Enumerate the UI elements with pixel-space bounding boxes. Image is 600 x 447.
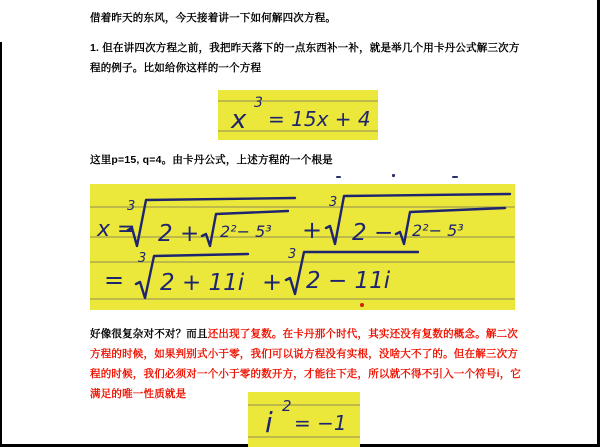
eq3-rest: = −1 <box>294 411 347 435</box>
paragraph-intro: 借着昨天的东风，今天接着讲一下如何解四次方程。 <box>90 8 523 28</box>
handwritten-equation-imaginary: i 2 = −1 <box>248 392 360 447</box>
paragraph-example-text: 1. 但在讲四次方程之前，我把昨天落下的一点东西补一补，就是举几个用卡丹公式解三… <box>90 42 520 74</box>
eq2-l1-b: 2 − <box>352 220 393 246</box>
eq2-l1-a: 2 + <box>158 221 199 247</box>
eq2-l1-inner2: 2²− 5³ <box>412 221 464 240</box>
eq2-l1-index2: 3 <box>329 195 337 210</box>
paragraph-intro-text: 借着昨天的东风，今天接着讲一下如何解四次方程。 <box>90 12 336 24</box>
paragraph-complex-black: 好像很复杂对不对？而且 <box>90 328 208 340</box>
eq3-base: i <box>265 406 273 439</box>
ink-speck <box>392 174 395 177</box>
red-dot-mark <box>360 303 364 307</box>
equation-cubic-svg: x 3 = 15x + 4 <box>218 90 378 140</box>
eq1-rest: = 15x + 4 <box>268 107 371 131</box>
eq2-l2-plus: + <box>262 268 282 296</box>
equation-cardano-svg: x = 3 2 + 2²− 5³ + 3 2 − 2²− 5³ = 3 2 + … <box>90 184 515 310</box>
handwritten-equation-cardano-root: x = 3 2 + 2²− 5³ + 3 2 − 2²− 5³ = 3 2 + … <box>90 184 515 310</box>
paragraph-example: 1. 但在讲四次方程之前，我把昨天落下的一点东西补一补，就是举几个用卡丹公式解三… <box>90 38 523 78</box>
equation-imaginary-svg: i 2 = −1 <box>248 392 360 447</box>
handwritten-equation-cubic: x 3 = 15x + 4 <box>218 90 378 140</box>
eq2-l2-lhs: = <box>104 266 124 294</box>
paragraph-cardano: 这里p=15, q=4。由卡丹公式，上述方程的一个根是 <box>90 150 523 170</box>
eq2-l2-b: 2 − 11i <box>306 268 391 294</box>
ink-speck <box>452 176 458 178</box>
eq2-l1-inner1: 2²− 5³ <box>220 222 272 241</box>
eq3-exponent: 2 <box>282 397 292 415</box>
eq1-base: x <box>230 105 247 135</box>
eq2-l1-index1: 3 <box>127 199 135 214</box>
paragraph-cardano-text: 这里p=15, q=4。由卡丹公式，上述方程的一个根是 <box>90 154 333 166</box>
eq1-exponent: 3 <box>254 95 263 111</box>
ink-speck <box>336 176 341 178</box>
eq2-l2-index1: 3 <box>138 251 146 266</box>
eq2-l1-plus: + <box>302 216 322 244</box>
eq2-l2-a: 2 + 11i <box>160 270 245 296</box>
window-edge-left <box>0 42 2 447</box>
eq2-l2-index2: 3 <box>288 247 296 262</box>
